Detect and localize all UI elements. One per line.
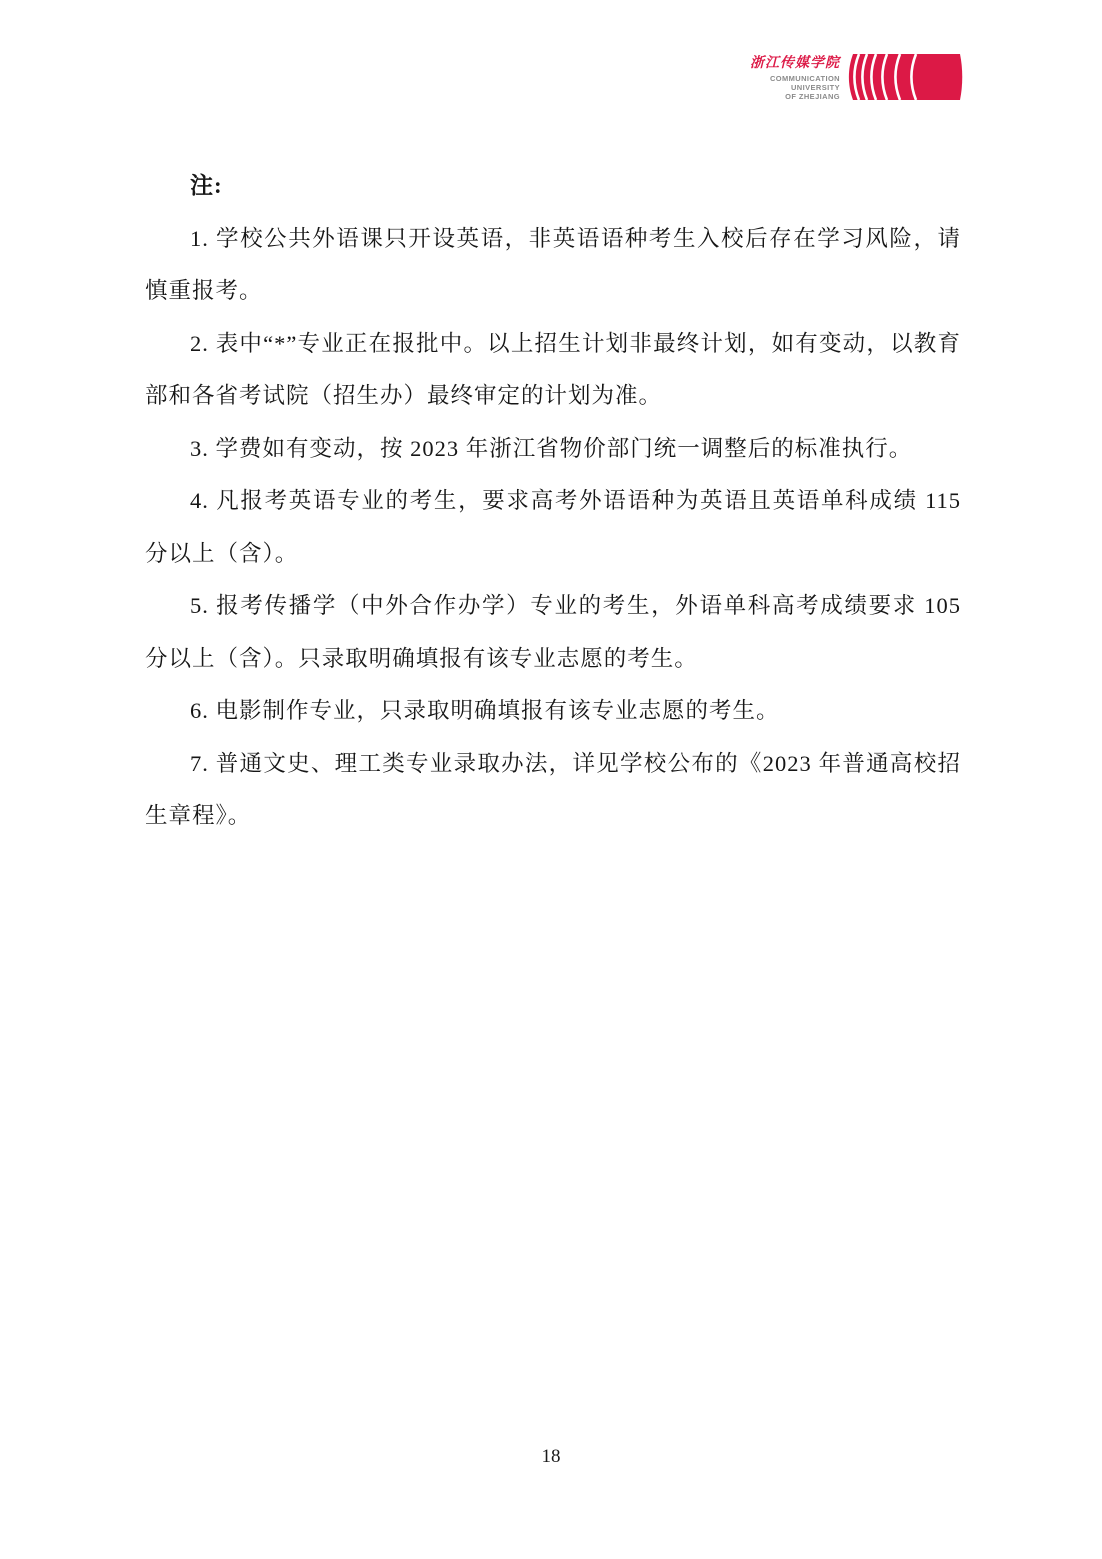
note-paragraph-4: 4. 凡报考英语专业的考生，要求高考外语语种为英语且英语单科成绩 115 分以上… xyxy=(145,475,961,580)
university-name-english: COMMUNICATION UNIVERSITY OF ZHEJIANG xyxy=(746,74,840,101)
page-number: 18 xyxy=(0,1446,1102,1468)
note-paragraph-6: 6. 电影制作专业，只录取明确填报有该专业志愿的考生。 xyxy=(145,685,961,738)
document-page: 浙江传媒学院 COMMUNICATION UNIVERSITY OF ZHEJI… xyxy=(0,0,1102,1559)
note-paragraph-3: 3. 学费如有变动，按 2023 年浙江省物价部门统一调整后的标准执行。 xyxy=(145,423,961,476)
university-name-english-line-2: UNIVERSITY xyxy=(746,83,840,92)
university-name-english-line-1: COMMUNICATION xyxy=(746,74,840,83)
logo-wave-stripes-icon xyxy=(847,54,965,100)
note-paragraph-7: 7. 普通文史、理工类专业录取办法，详见学校公布的《2023 年普通高校招生章程… xyxy=(145,738,961,843)
university-name-english-line-3: OF ZHEJIANG xyxy=(746,92,840,101)
note-paragraph-1: 1. 学校公共外语课只开设英语，非英语语种考生入校后存在学习风险，请慎重报考。 xyxy=(145,213,961,318)
university-name-chinese: 浙江传媒学院 xyxy=(746,55,840,72)
university-logo: 浙江传媒学院 COMMUNICATION UNIVERSITY OF ZHEJI… xyxy=(746,54,965,101)
note-heading: 注: xyxy=(145,160,961,213)
note-paragraph-5: 5. 报考传播学（中外合作办学）专业的考生，外语单科高考成绩要求 105 分以上… xyxy=(145,580,961,685)
note-paragraph-2: 2. 表中“*”专业正在报批中。以上招生计划非最终计划，如有变动，以教育部和各省… xyxy=(145,318,961,423)
university-logo-text: 浙江传媒学院 COMMUNICATION UNIVERSITY OF ZHEJI… xyxy=(746,54,840,101)
notes-section: 注: 1. 学校公共外语课只开设英语，非英语语种考生入校后存在学习风险，请慎重报… xyxy=(145,160,961,843)
